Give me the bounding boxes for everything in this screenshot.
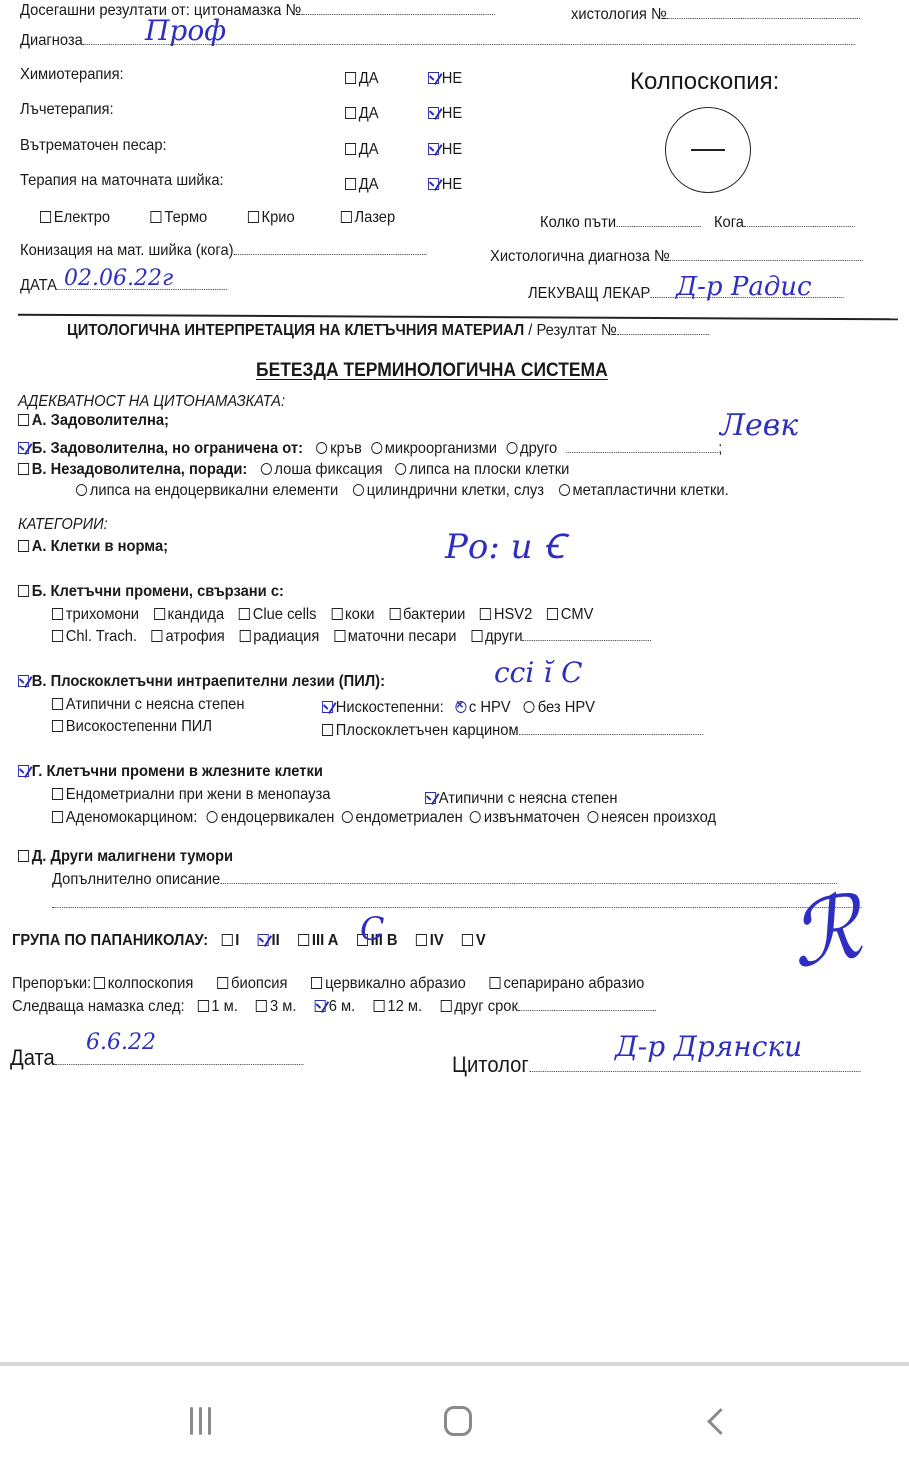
- adenocarcinoma-option-radio[interactable]: [587, 811, 598, 823]
- diagnosis-label: Диагноза: [20, 32, 83, 49]
- category-c-low-grade: Нискостепенни: с HPV без HPV: [322, 699, 595, 717]
- cell-change-option-label: трихомони: [66, 606, 139, 623]
- next-smear-option-checkbox[interactable]: [256, 1000, 267, 1012]
- papanicolaou-group[interactable]: V: [462, 932, 486, 950]
- negative-dash-icon: [691, 149, 725, 151]
- high-grade-checkbox[interactable]: [52, 720, 63, 732]
- cytologist-signature: Д-р Дрянски: [615, 1030, 802, 1063]
- cell-change-option[interactable]: Clue cells: [239, 606, 317, 624]
- therapy-type-3-checkbox[interactable]: [341, 211, 352, 223]
- papanicolaou-group-label: IV: [430, 932, 444, 949]
- papanicolaou-group[interactable]: I: [221, 932, 239, 950]
- adequacy-c-option[interactable]: липса на ендоцервикални елементи: [76, 482, 338, 500]
- adequacy-c-label: В. Незадоволителна, поради:: [32, 461, 248, 478]
- adequacy-c: В. Незадоволителна, поради: лоша фиксаци…: [18, 461, 582, 479]
- endometrial-checkbox[interactable]: [52, 788, 63, 800]
- therapy-yes[interactable]: ДА: [345, 105, 379, 123]
- adequacy-b-handwritten: Левк: [720, 408, 798, 443]
- adenocarcinoma-option-label: ендоцервикален: [221, 809, 335, 826]
- next-smear-option-checkbox[interactable]: [374, 1000, 385, 1012]
- cell-change-option-checkbox[interactable]: [154, 608, 165, 620]
- next-smear-option-label: 6 м.: [329, 998, 355, 1015]
- histology-diagnosis-row: Хистологична диагноза №: [490, 248, 863, 266]
- squamous-carcinoma-label: Плоскоклетъчен карцином: [336, 722, 519, 739]
- date-label: ДАТА: [20, 277, 57, 294]
- next-smear-option-label: 12 м.: [387, 998, 422, 1015]
- adequacy-b-checkbox[interactable]: [18, 442, 29, 454]
- next-smear-option-label: друг срок: [454, 998, 518, 1015]
- category-d-label: Г. Клетъчни промени в жлезните клетки: [32, 763, 323, 780]
- adequacy-a: А. Задоволителна;: [18, 412, 169, 430]
- therapy-type-1-label: Термо: [164, 209, 207, 226]
- therapy-no[interactable]: НЕ: [428, 105, 462, 123]
- papanicolaou-group-checkbox[interactable]: [258, 934, 269, 946]
- histology-label: хистология №: [571, 6, 667, 23]
- therapy-type-2[interactable]: Крио: [248, 209, 295, 227]
- adenocarcinoma-option-label: неясен произход: [601, 809, 716, 826]
- adenocarcinoma-option-label: ендометриален: [356, 809, 463, 826]
- back-icon[interactable]: [696, 1404, 736, 1438]
- category-a: А. Клетки в норма;: [18, 538, 168, 556]
- cell-change-option[interactable]: кандида: [154, 606, 224, 624]
- category-e: Д. Други малигнени тумори: [18, 848, 233, 866]
- high-grade-label: Високостепенни ПИЛ: [66, 718, 212, 735]
- category-b-options-row2: Chl. Trach.атрофиярадиацияматочни песари…: [52, 628, 651, 646]
- papanicolaou-group-checkbox[interactable]: [298, 934, 309, 946]
- cell-change-option-label: Clue cells: [253, 606, 317, 623]
- therapy-types-row: ЕлектроТермоКриоЛазер: [40, 209, 395, 227]
- next-smear-option[interactable]: 12 м.: [374, 998, 422, 1016]
- adequacy-b: Б. Задоволителна, но ограничена от: кръв…: [18, 440, 722, 458]
- category-b-label: Б. Клетъчни промени, свързани с:: [32, 583, 284, 600]
- therapy-type-3[interactable]: Лазер: [341, 209, 395, 227]
- cell-change-option-checkbox[interactable]: [239, 630, 250, 642]
- previous-results-row: Досегашни резултати от: цитонамазка №: [20, 2, 495, 20]
- cell-change-option[interactable]: HSV2: [480, 606, 532, 624]
- papanicolaou-group-label: V: [476, 932, 486, 949]
- next-smear-option-checkbox[interactable]: [315, 1000, 326, 1012]
- recommendation-option[interactable]: сепарирано абразио: [490, 975, 645, 993]
- category-b-checkbox[interactable]: [18, 585, 29, 597]
- therapy-yes-label: ДА: [359, 141, 379, 158]
- atypical-glandular-label: Атипични с неясна степен: [439, 790, 618, 807]
- how-many-times-label: Колко пъти: [540, 214, 616, 231]
- category-c-checkbox[interactable]: [18, 675, 29, 687]
- adequacy-c-option-radio[interactable]: [76, 484, 87, 496]
- adequacy-c-option-label: цилиндрични клетки, слуз: [367, 482, 544, 499]
- colposcopy-label: Колпоскопия:: [630, 68, 779, 96]
- footer-date-label: Дата: [10, 1045, 55, 1070]
- papanicolaou-label: ГРУПА ПО ПАПАНИКОЛАУ:: [12, 932, 208, 949]
- with-hpv-label: с HPV: [469, 699, 511, 716]
- category-c-label: В. Плоскоклетъчни интраепителни лезии (П…: [32, 673, 385, 690]
- squamous-carcinoma-checkbox[interactable]: [322, 724, 333, 736]
- adequacy-c-checkbox[interactable]: [18, 463, 29, 475]
- cell-change-option-checkbox[interactable]: [331, 608, 342, 620]
- conization-row: Конизация на мат. шийка (кога): [20, 242, 427, 260]
- endometrial-label: Ендометриални при жени в менопауза: [66, 786, 331, 803]
- papanicolaou-group[interactable]: II: [258, 932, 280, 950]
- cell-change-option-checkbox[interactable]: [152, 630, 163, 642]
- therapy-no-label: НЕ: [442, 70, 462, 87]
- category-c: В. Плоскоклетъчни интраепителни лезии (П…: [18, 673, 385, 691]
- cell-change-option[interactable]: радиация: [239, 628, 319, 646]
- doctor-handwritten: Д-р Радис: [676, 272, 812, 302]
- papanicolaou-group-label: I: [235, 932, 239, 949]
- category-c-handwritten: cci ĭ C: [494, 656, 583, 689]
- adequacy-a-label: А. Задоволителна;: [32, 412, 169, 429]
- adequacy-c-option-radio[interactable]: [353, 484, 364, 496]
- papanicolaou-group-checkbox[interactable]: [462, 934, 473, 946]
- recommendations-row: Препоръки:колпоскопиябиопсияцервикално а…: [12, 975, 668, 993]
- next-smear-option[interactable]: 1 м.: [198, 998, 238, 1016]
- adequacy-title: АДЕКВАТНОСТ НА ЦИТОНАМАЗКАТА:: [18, 393, 285, 411]
- cell-change-option[interactable]: коки: [331, 606, 374, 624]
- adequacy-b-option[interactable]: микроорганизми: [371, 440, 497, 458]
- papanicolaou-group[interactable]: III A: [298, 932, 338, 950]
- how-many-times-row: Колко пъти Кога: [540, 214, 854, 232]
- recent-apps-icon[interactable]: [180, 1404, 220, 1438]
- adequacy-c-option[interactable]: метапластични клетки.: [559, 482, 729, 500]
- category-d-atypical: Атипични с неясна степен: [425, 790, 617, 808]
- category-a-handwritten: Ро: и Ꞓ: [445, 522, 564, 568]
- adequacy-c-option-radio[interactable]: [261, 463, 272, 475]
- recommendation-option-checkbox[interactable]: [94, 977, 105, 989]
- therapy-type-2-label: Крио: [262, 209, 295, 226]
- cell-change-option-checkbox[interactable]: [239, 608, 250, 620]
- cell-change-option[interactable]: бактерии: [389, 606, 465, 624]
- section-title: ЦИТОЛОГИЧНА ИНТЕРПРЕТАЦИЯ НА КЛЕТЪЧНИЯ М…: [67, 322, 524, 339]
- therapy-no[interactable]: НЕ: [428, 176, 462, 194]
- home-icon[interactable]: [438, 1404, 478, 1438]
- adenocarcinoma-label: Аденомокарцином:: [66, 809, 198, 826]
- therapy-no[interactable]: НЕ: [428, 141, 462, 159]
- adequacy-c-option-radio[interactable]: [559, 484, 570, 496]
- category-b: Б. Клетъчни промени, свързани с:: [18, 583, 284, 601]
- therapy-type-0[interactable]: Електро: [40, 209, 110, 227]
- adequacy-b-option-radio[interactable]: [371, 442, 382, 454]
- therapy-yes[interactable]: ДА: [345, 141, 379, 159]
- additional-description-row: Допълнително описание: [52, 871, 837, 889]
- colposcopy-circle: [665, 107, 751, 193]
- category-d-row2: Аденомокарцином: ендоцервикаленендометри…: [52, 809, 723, 827]
- therapy-label: Химиотерапия:: [20, 66, 124, 84]
- cell-change-option-label: атрофия: [165, 628, 224, 645]
- adequacy-c-option-label: метапластични клетки.: [573, 482, 729, 499]
- adequacy-b-option-label: друго: [520, 440, 557, 457]
- cell-change-option-label: маточни песари: [348, 628, 457, 645]
- additional-description-line2: [52, 895, 862, 913]
- next-smear-option[interactable]: 3 м.: [256, 998, 296, 1016]
- adequacy-c-option[interactable]: лоша фиксация: [261, 461, 383, 479]
- adequacy-b-option[interactable]: друго: [506, 440, 557, 458]
- low-grade-label: Нискостепенни:: [336, 699, 444, 716]
- cell-change-option-label: кандида: [168, 606, 225, 623]
- cell-change-option-checkbox[interactable]: [334, 630, 345, 642]
- adenocarcinoma-option-radio[interactable]: [470, 811, 481, 823]
- papanicolaou-group-checkbox[interactable]: [221, 934, 232, 946]
- papanicolaou-group-label: III A: [312, 932, 338, 949]
- adequacy-b-option-label: кръв: [330, 440, 362, 457]
- recommendation-option-checkbox[interactable]: [490, 977, 501, 989]
- with-hpv-radio[interactable]: [455, 701, 466, 713]
- cell-change-option-checkbox[interactable]: [480, 608, 491, 620]
- next-smear-row: Следваща намазка след:1 м.3 м.6 м.12 м.д…: [12, 998, 656, 1016]
- histology-diagnosis-label: Хистологична диагноза №: [490, 248, 670, 265]
- therapy-yes-label: ДА: [359, 70, 379, 87]
- therapy-type-1[interactable]: Термо: [151, 209, 208, 227]
- navigation-bar: [0, 1362, 909, 1474]
- signature-mark: ℛ: [782, 875, 869, 989]
- atypical-glandular-checkbox[interactable]: [425, 792, 436, 804]
- cell-change-option-label: бактерии: [403, 606, 465, 623]
- category-d-checkbox[interactable]: [18, 765, 29, 777]
- recommendation-option-label: колпоскопия: [108, 975, 194, 992]
- adenocarcinoma-option[interactable]: извънматочен: [470, 809, 580, 827]
- category-a-label: А. Клетки в норма;: [32, 538, 168, 555]
- section-divider: [18, 314, 898, 321]
- categories-title: КАТЕГОРИИ:: [18, 516, 108, 534]
- adenocarcinoma-option[interactable]: ендоцервикален: [207, 809, 334, 827]
- therapy-no[interactable]: НЕ: [428, 70, 462, 88]
- recommendation-option-checkbox[interactable]: [217, 977, 228, 989]
- cytologist-label: Цитолог: [452, 1052, 529, 1077]
- therapy-yes-checkbox[interactable]: [345, 178, 356, 190]
- cell-change-option-label: CMV: [561, 606, 594, 623]
- category-c-row1: Атипични с неясна степен: [52, 696, 244, 714]
- adenocarcinoma-option-radio[interactable]: [207, 811, 218, 823]
- adequacy-b-option-label: микроорганизми: [385, 440, 497, 457]
- therapy-label: Лъчетерапия:: [20, 101, 114, 119]
- adequacy-a-checkbox[interactable]: [18, 414, 29, 426]
- therapy-type-0-label: Електро: [54, 209, 110, 226]
- cell-change-option-label: Chl. Trach.: [66, 628, 137, 645]
- next-smear-option-label: 3 м.: [270, 998, 296, 1015]
- next-smear-label: Следваща намазка след:: [12, 998, 185, 1015]
- cell-change-option-label: други: [485, 628, 523, 645]
- cell-change-option[interactable]: маточни песари: [334, 628, 456, 646]
- adequacy-b-option[interactable]: кръв: [316, 440, 361, 458]
- cell-change-option-checkbox[interactable]: [52, 608, 63, 620]
- next-smear-option-checkbox[interactable]: [440, 1000, 451, 1012]
- adenocarcinoma-option[interactable]: ендометриален: [342, 809, 463, 827]
- therapy-yes[interactable]: ДА: [345, 176, 379, 194]
- atypical-squamous-checkbox[interactable]: [52, 698, 63, 710]
- papanicolaou-group-label: II: [272, 932, 280, 949]
- therapy-no-label: НЕ: [442, 141, 462, 158]
- system-title: БЕТЕЗДА ТЕРМИНОЛОГИЧНА СИСТЕМА: [256, 360, 608, 382]
- therapy-no-checkbox[interactable]: [428, 72, 439, 84]
- therapy-label: Вътрематочен песар:: [20, 137, 167, 155]
- therapy-label: Терапия на маточната шийка:: [20, 172, 224, 190]
- papanicolaou-group[interactable]: IV: [416, 932, 444, 950]
- cytology-form-page: Досегашни резултати от: цитонамазка № хи…: [0, 0, 909, 1362]
- therapy-no-checkbox[interactable]: [428, 143, 439, 155]
- doctor-label: ЛЕКУВАЩ ЛЕКАР: [528, 285, 650, 302]
- therapy-yes-checkbox[interactable]: [345, 107, 356, 119]
- adequacy-c-option-label: лоша фиксация: [274, 461, 382, 478]
- papanicolaou-handwritten-mark: C: [360, 910, 384, 948]
- low-grade-checkbox[interactable]: [322, 701, 333, 713]
- adenocarcinoma-checkbox[interactable]: [52, 811, 63, 823]
- therapy-no-checkbox[interactable]: [428, 107, 439, 119]
- cell-change-option[interactable]: трихомони: [52, 606, 139, 624]
- category-e-checkbox[interactable]: [18, 850, 29, 862]
- therapy-yes-checkbox[interactable]: [345, 143, 356, 155]
- therapy-yes[interactable]: ДА: [345, 70, 379, 88]
- adequacy-b-label: Б. Задоволителна, но ограничена от:: [32, 440, 303, 457]
- cell-change-option[interactable]: атрофия: [152, 628, 225, 646]
- cell-change-option-checkbox[interactable]: [547, 608, 558, 620]
- cell-change-option-label: радиация: [253, 628, 319, 645]
- category-a-checkbox[interactable]: [18, 540, 29, 552]
- cell-change-option-label: HSV2: [494, 606, 532, 623]
- therapy-yes-label: ДА: [359, 105, 379, 122]
- result-label: / Резултат №: [528, 322, 616, 339]
- histology-row: хистология №: [571, 6, 860, 24]
- category-d-row1: Ендометриални при жени в менопауза: [52, 786, 330, 804]
- next-smear-option-checkbox[interactable]: [198, 1000, 209, 1012]
- recommendation-option[interactable]: биопсия: [217, 975, 287, 993]
- category-e-label: Д. Други малигнени тумори: [32, 848, 233, 865]
- therapy-yes-label: ДА: [359, 176, 379, 193]
- without-hpv-label: без HPV: [538, 699, 595, 716]
- papanicolaou-group-checkbox[interactable]: [416, 934, 427, 946]
- section-title-row: ЦИТОЛОГИЧНА ИНТЕРПРЕТАЦИЯ НА КЛЕТЪЧНИЯ М…: [67, 322, 709, 340]
- recommendation-option[interactable]: колпоскопия: [94, 975, 193, 993]
- date-handwritten: 02.06.22г: [64, 266, 173, 291]
- cell-change-option[interactable]: Chl. Trach.: [52, 628, 137, 646]
- adenocarcinoma-option[interactable]: неясен произход: [587, 809, 716, 827]
- next-smear-option[interactable]: друг срок: [440, 998, 517, 1016]
- cell-change-option-checkbox[interactable]: [471, 630, 482, 642]
- recommendation-option-label: цервикално абразио: [325, 975, 466, 992]
- footer-date-handwritten: 6.6.22: [86, 1030, 156, 1055]
- therapy-no-label: НЕ: [442, 105, 462, 122]
- therapy-type-0-checkbox[interactable]: [40, 211, 51, 223]
- adequacy-c-option-label: липса на плоски клетки: [409, 461, 569, 478]
- therapy-type-3-label: Лазер: [355, 209, 396, 226]
- recommendation-option-label: биопсия: [231, 975, 287, 992]
- next-smear-option-label: 1 м.: [211, 998, 237, 1015]
- without-hpv-radio[interactable]: [524, 701, 535, 713]
- recommendation-option[interactable]: цервикално абразио: [311, 975, 465, 993]
- adequacy-c-option[interactable]: липса на плоски клетки: [395, 461, 569, 479]
- therapy-no-checkbox[interactable]: [428, 178, 439, 190]
- additional-description-label: Допълнително описание: [52, 871, 220, 888]
- adequacy-c-option[interactable]: цилиндрични клетки, слуз: [353, 482, 544, 500]
- category-b-options-row1: трихомоникандидаClue cellsкокибактерииHS…: [52, 606, 608, 624]
- recommendation-option-label: сепарирано абразио: [503, 975, 644, 992]
- cell-change-option-checkbox[interactable]: [52, 630, 63, 642]
- footer-date-row: Дата: [10, 1045, 303, 1071]
- next-smear-option[interactable]: 6 м.: [315, 998, 355, 1016]
- adequacy-b-option-radio[interactable]: [316, 442, 327, 454]
- cell-change-option-checkbox[interactable]: [389, 608, 400, 620]
- atypical-squamous-label: Атипични с неясна степен: [66, 696, 245, 713]
- recommendations-label: Препоръки:: [12, 975, 91, 992]
- therapy-no-label: НЕ: [442, 176, 462, 193]
- conization-label: Конизация на мат. шийка (кога): [20, 242, 234, 259]
- papanicolaou-row: ГРУПА ПО ПАПАНИКОЛАУ: IIIIII AIII BIVV: [12, 932, 504, 950]
- therapy-type-2-checkbox[interactable]: [248, 211, 259, 223]
- adenocarcinoma-option-label: извънматочен: [484, 809, 580, 826]
- adequacy-c-option-radio[interactable]: [395, 463, 406, 475]
- category-c-high-grade: Високостепенни ПИЛ: [52, 718, 212, 736]
- category-c-carcinoma: Плоскоклетъчен карцином: [322, 722, 703, 740]
- cell-change-option-label: коки: [345, 606, 374, 623]
- recommendation-option-checkbox[interactable]: [311, 977, 322, 989]
- category-d: Г. Клетъчни промени в жлезните клетки: [18, 763, 323, 781]
- cell-change-option[interactable]: CMV: [547, 606, 594, 624]
- adequacy-c-options-row2: липса на ендоцервикални елементицилиндри…: [76, 482, 743, 500]
- cell-change-option[interactable]: други: [471, 628, 522, 646]
- when-label: Кога: [714, 214, 744, 231]
- diagnosis-handwritten: Проф: [145, 14, 226, 47]
- therapy-yes-checkbox[interactable]: [345, 72, 356, 84]
- adequacy-c-option-label: липса на ендоцервикални елементи: [90, 482, 338, 499]
- adenocarcinoma-option-radio[interactable]: [342, 811, 353, 823]
- adequacy-b-option-radio[interactable]: [506, 442, 517, 454]
- therapy-type-1-checkbox[interactable]: [151, 211, 162, 223]
